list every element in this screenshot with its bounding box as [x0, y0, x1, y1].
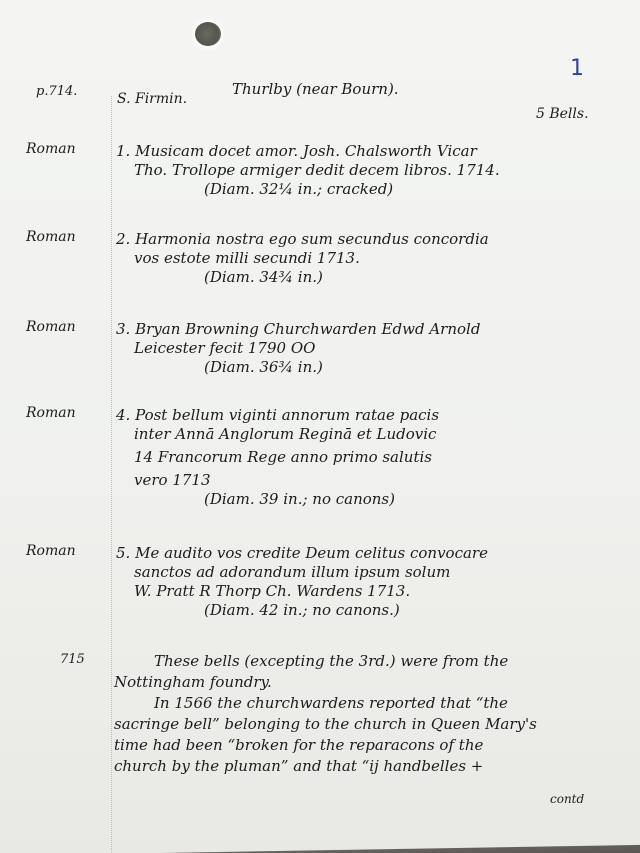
bell-inscription-line: 14 Francorum Rege anno primo salutis — [116, 448, 439, 471]
continued-marker: contd — [550, 790, 584, 809]
bell-diameter: (Diam. 32¼ in.; cracked) — [116, 180, 500, 199]
note-line: Nottingham foundry. — [114, 673, 537, 694]
church-dedication: S. Firmin. — [117, 90, 187, 109]
bell-diameter: (Diam. 36¾ in.) — [116, 358, 480, 377]
punch-hole — [195, 22, 221, 46]
bell-lettering-label: Roman — [26, 404, 76, 423]
note-line: sacringe bell” belonging to the church i… — [114, 715, 537, 736]
note-line: These bells (excepting the 3rd.) were fr… — [114, 652, 537, 673]
bell-inscription-line: 2. Harmonia nostra ego sum secundus conc… — [116, 230, 489, 249]
bell-inscription-line: sanctos ad adorandum illum ipsum solum — [116, 563, 488, 582]
note-line: In 1566 the churchwardens reported that … — [114, 694, 537, 715]
bell-diameter: (Diam. 42 in.; no canons.) — [116, 601, 488, 620]
bell-inscription-line: 3. Bryan Browning Churchwarden Edwd Arno… — [116, 320, 480, 339]
bell-lettering-label: Roman — [26, 140, 76, 159]
bell-inscription-line: inter Annā Anglorum Reginā et Ludovic — [116, 425, 439, 448]
page-number: 1 — [570, 56, 584, 81]
page-reference: p.714. — [36, 82, 77, 101]
bell-lettering-label: Roman — [26, 542, 76, 561]
bell-entry: 5. Me audito vos credite Deum celitus co… — [116, 544, 488, 620]
page-bottom-edge — [0, 844, 640, 853]
bell-entry: 2. Harmonia nostra ego sum secundus conc… — [116, 230, 489, 287]
page-title: Thurlby (near Bourn). — [232, 80, 399, 99]
bell-entry: 3. Bryan Browning Churchwarden Edwd Arno… — [116, 320, 480, 377]
bell-inscription-line: 1. Musicam docet amor. Josh. Chalsworth … — [116, 142, 500, 161]
note-line: time had been “broken for the reparacons… — [114, 736, 537, 757]
notes-page-reference: 715 — [60, 650, 85, 669]
bell-inscription-line: Leicester fecit 1790 OO — [116, 339, 480, 358]
bell-diameter: (Diam. 34¾ in.) — [116, 268, 489, 287]
bell-inscription-line: vero 1713 — [116, 471, 439, 490]
historical-notes: These bells (excepting the 3rd.) were fr… — [114, 652, 537, 778]
margin-line — [111, 96, 112, 853]
bell-diameter: (Diam. 39 in.; no canons) — [116, 490, 439, 509]
bell-inscription-line: W. Pratt R Thorp Ch. Wardens 1713. — [116, 582, 488, 601]
manuscript-page: p.714. Thurlby (near Bourn). 1 S. Firmin… — [0, 0, 640, 853]
bell-lettering-label: Roman — [26, 228, 76, 247]
bell-inscription-line: Tho. Trollope armiger dedit decem libros… — [116, 161, 500, 180]
bell-entry: 4. Post bellum viginti annorum ratae pac… — [116, 406, 439, 509]
bell-inscription-line: 4. Post bellum viginti annorum ratae pac… — [116, 406, 439, 425]
bell-entry: 1. Musicam docet amor. Josh. Chalsworth … — [116, 142, 500, 199]
bell-inscription-line: vos estote milli secundi 1713. — [116, 249, 489, 268]
note-line: church by the pluman” and that “ij handb… — [114, 757, 537, 778]
bell-inscription-line: 5. Me audito vos credite Deum celitus co… — [116, 544, 488, 563]
bell-count: 5 Bells. — [536, 105, 589, 124]
bell-lettering-label: Roman — [26, 318, 76, 337]
